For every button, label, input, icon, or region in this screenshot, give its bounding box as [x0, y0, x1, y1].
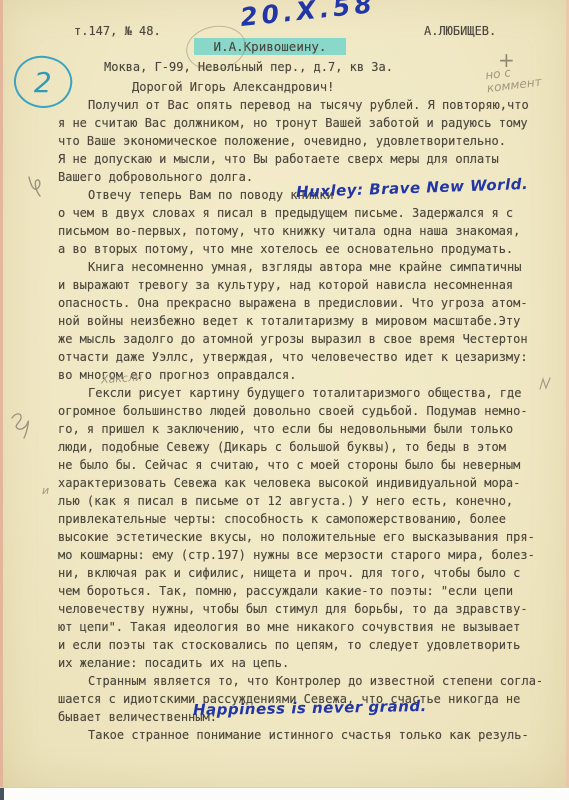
typed-line: их желание: посадить их на цепь. — [58, 654, 563, 672]
typed-line: я не считаю Вас должником, но тронут Ваш… — [58, 114, 563, 132]
author-name: А.ЛЮБИЩЕВ. — [424, 24, 496, 38]
typed-line: огромное большинство людей довольно свое… — [58, 402, 563, 420]
typed-line: высокие эстетические вкусы, но положител… — [58, 528, 563, 546]
page-number: 2 — [34, 65, 52, 98]
typed-line: ни, включая рак и сифилис, нищета и проч… — [58, 564, 563, 582]
typed-line: не было бы. Сейчас я считаю, что с моей … — [58, 456, 563, 474]
typed-line: лью (как я писал в письме от 12 августа.… — [58, 492, 563, 510]
typed-line: го, я пришел к заключению, что если бы н… — [58, 420, 563, 438]
typed-line: Я не допускаю и мысли, что Вы работаете … — [58, 150, 563, 168]
typed-line: ют цепи". Такая идеология во мне никаког… — [58, 618, 563, 636]
typed-line: отчасти даже Уэллс, утверждая, что челов… — [58, 348, 563, 366]
scanned-letter-page: { "header": { "ref": "т.147, № 48.", "au… — [0, 0, 569, 800]
paragraph-4: Гексли рисует картину будущего тоталитар… — [58, 384, 563, 672]
paragraph-1: Получил от Вас опять перевод на тысячу р… — [58, 96, 563, 186]
typed-line: человечеству нужны, чтобы был стимул для… — [58, 600, 563, 618]
typed-line: и если поэты так стосковались по цепям, … — [58, 636, 563, 654]
scanner-background-strip — [0, 787, 569, 800]
typed-line: Получил от Вас опять перевод на тысячу р… — [58, 96, 563, 114]
typed-line: характеризовать Севежа как человека высо… — [58, 474, 563, 492]
typed-line: Такое странное понимание истинного счаст… — [58, 726, 563, 744]
typed-line: чем бороться. Так, помню, рассуждали как… — [58, 582, 563, 600]
margin-check-icon — [26, 174, 46, 200]
scan-corner-artifact — [0, 788, 4, 800]
typed-line: ной войны неизбежно ведет к тоталитаризм… — [58, 312, 563, 330]
typed-line: опасность. Она прекрасно выражена в пред… — [58, 294, 563, 312]
typed-line: Странным является то, что Контролер до и… — [58, 672, 563, 690]
typed-line: люди, подобные Севежу (Дикарь с большой … — [58, 438, 563, 456]
typed-line: же мысль задолго до атомной угрозы выраз… — [58, 330, 563, 348]
typed-line: Гексли рисует картину будущего тоталитар… — [58, 384, 563, 402]
typed-line: Книга несомненно умная, взгляды автора м… — [58, 258, 563, 276]
right-margin-mark-icon — [538, 376, 554, 392]
typed-line: привлекательные черты: способность к сам… — [58, 510, 563, 528]
typed-line: что Ваше экономическое положение, очевид… — [58, 132, 563, 150]
typed-line: о чем в двух словах я писал в предыдущем… — [58, 204, 563, 222]
margin-squiggle-icon — [8, 410, 34, 442]
paragraph-3: Книга несомненно умная, взгляды автора м… — [58, 258, 563, 384]
paragraph-6: Такое странное понимание истинного счаст… — [58, 726, 563, 744]
salutation: Дорогой Игорь Александрович! — [132, 80, 334, 94]
typed-line: письмом во-первых, потому, что книжку чи… — [58, 222, 563, 240]
archive-reference: т.147, № 48. — [74, 24, 161, 38]
typed-line: мо кошмарны: ему (стр.197) нужны все мер… — [58, 546, 563, 564]
address-line: Моква, Г-99, Невольный пер., д.7, кв 3а. — [104, 60, 393, 74]
scan-edge-left — [0, 0, 3, 787]
typed-line: и выражают тревогу за культуру, над кото… — [58, 276, 563, 294]
typed-line: а во вторых потому, что мне хотелось ее … — [58, 240, 563, 258]
correction-mark: и — [42, 484, 49, 497]
